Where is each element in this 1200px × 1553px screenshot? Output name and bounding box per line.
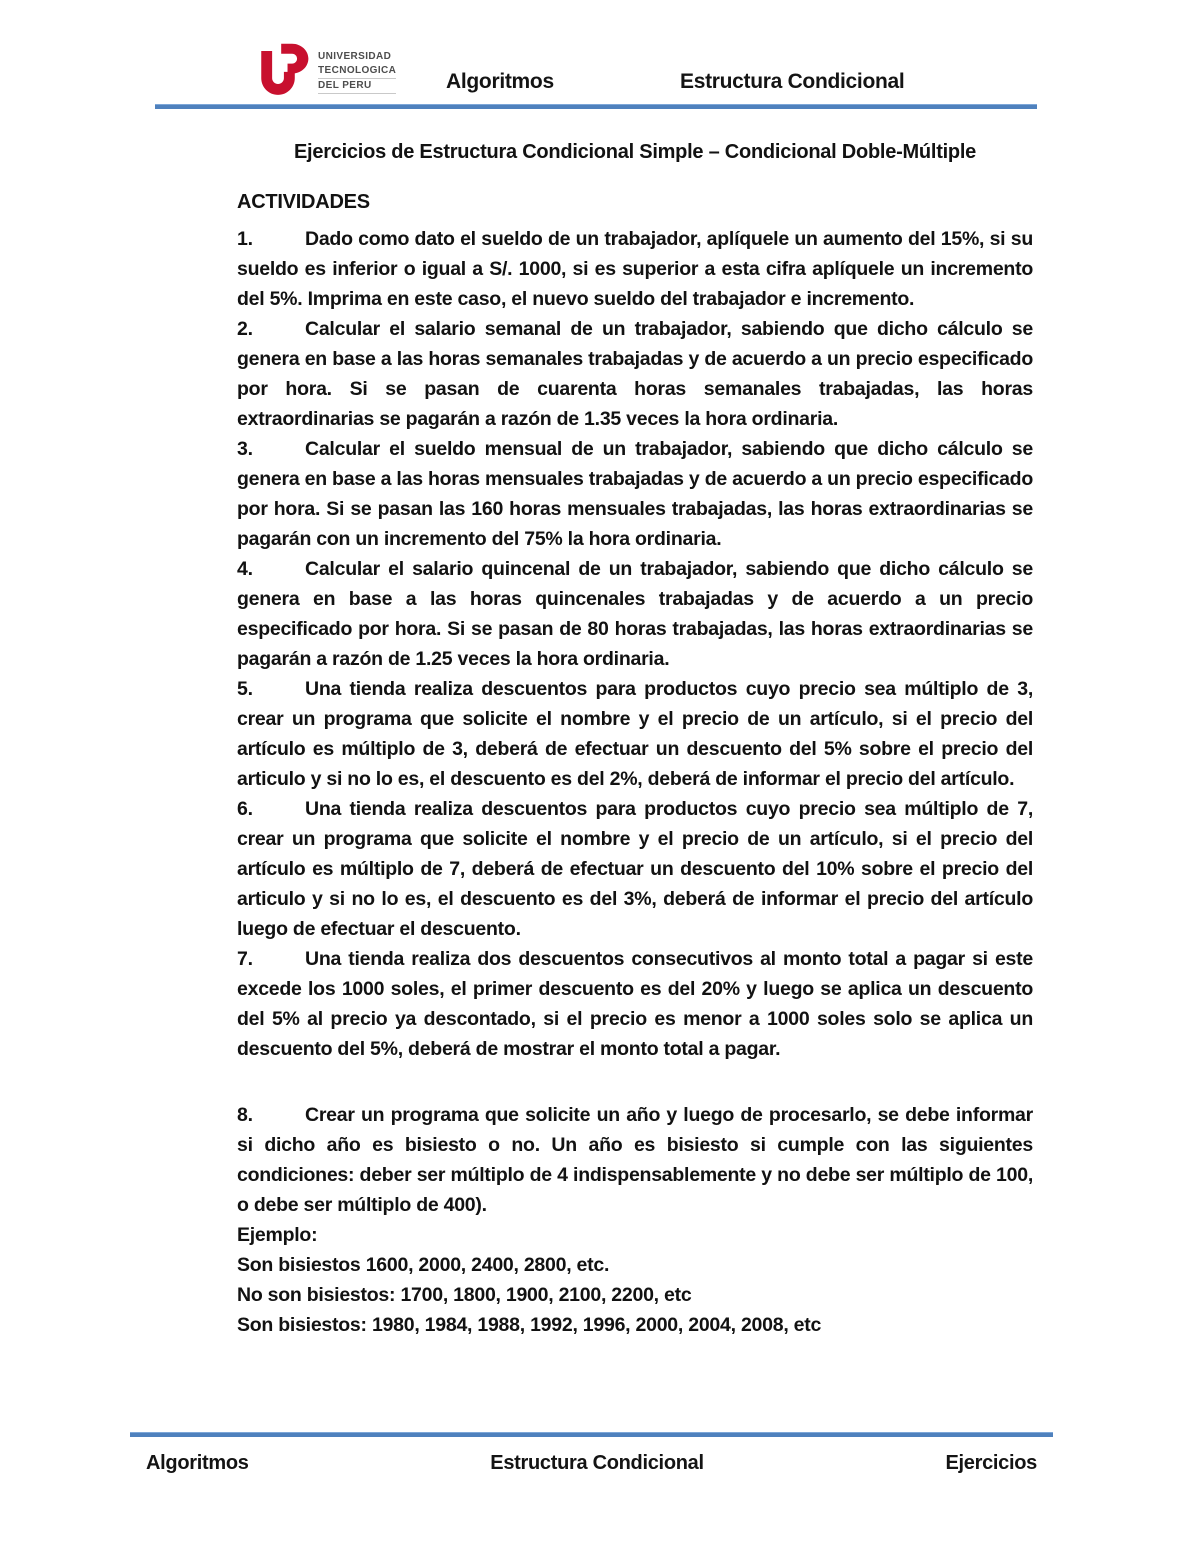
logo-wordmark: UNIVERSIDAD TECNOLOGICA DEL PERU [318,50,396,94]
exercise-number: 8. [237,1100,305,1130]
exercise-item-4: 4.Calcular el salario quincenal de un tr… [237,554,1033,674]
exercise-item-5: 5.Una tienda realiza descuentos para pro… [237,674,1033,794]
exercise-number: 4. [237,554,305,584]
example-line-3: Son bisiestos: 1980, 1984, 1988, 1992, 1… [237,1310,1033,1340]
exercise-item-8: 8.Crear un programa que solicite un año … [237,1100,1033,1220]
example-line-2: No son bisiestos: 1700, 1800, 1900, 2100… [237,1280,1033,1310]
header-divider [155,104,1037,109]
exercise-text: Calcular el sueldo mensual de un trabaja… [237,438,1033,550]
exercise-text: Calcular el salario quincenal de un trab… [237,558,1033,670]
exercise-text: Una tienda realiza dos descuentos consec… [237,948,1033,1060]
exercise-item-1: 1.Dado como dato el sueldo de un trabaja… [237,224,1033,314]
exercise-text: Crear un programa que solicite un año y … [237,1104,1033,1216]
footer: Algoritmos Estructura Condicional Ejerci… [130,1452,1053,1475]
exercise-number: 1. [237,224,305,254]
footer-page-label: Ejercicios [945,1452,1053,1475]
document-page: UNIVERSIDAD TECNOLOGICA DEL PERU Algorit… [0,0,1200,1553]
header-topic-label: Estructura Condicional [680,70,904,94]
exercise-text: Una tienda realiza descuentos para produ… [237,678,1033,790]
example-label: Ejemplo: [237,1220,1033,1250]
logo-line-1: UNIVERSIDAD [318,50,396,64]
exercise-text: Dado como dato el sueldo de un trabajado… [237,228,1033,310]
exercise-number: 5. [237,674,305,704]
exercise-text: Una tienda realiza descuentos para produ… [237,798,1033,940]
footer-course-label: Algoritmos [130,1452,249,1475]
logo-line-3: DEL PERU [318,79,396,94]
logo-line-2: TECNOLOGICA [318,64,396,79]
exercise-item-3: 3.Calcular el sueldo mensual de un traba… [237,434,1033,554]
exercise-text: Calcular el salario semanal de un trabaj… [237,318,1033,430]
exercise-number: 3. [237,434,305,464]
exercise-item-6: 6.Una tienda realiza descuentos para pro… [237,794,1033,944]
exercise-number: 2. [237,314,305,344]
document-body: Ejercicios de Estructura Condicional Sim… [237,138,1033,1340]
example-line-1: Son bisiestos 1600, 2000, 2400, 2800, et… [237,1250,1033,1280]
page-title: Ejercicios de Estructura Condicional Sim… [237,138,1033,166]
exercise-number: 7. [237,944,305,974]
utp-logo-icon [254,40,312,100]
header-course-label: Algoritmos [446,70,554,94]
section-heading: ACTIVIDADES [237,188,1033,216]
exercise-item-2: 2.Calcular el salario semanal de un trab… [237,314,1033,434]
footer-topic-label: Estructura Condicional [490,1452,703,1475]
exercise-item-7: 7.Una tienda realiza dos descuentos cons… [237,944,1033,1064]
footer-divider [130,1432,1053,1437]
exercise-number: 6. [237,794,305,824]
